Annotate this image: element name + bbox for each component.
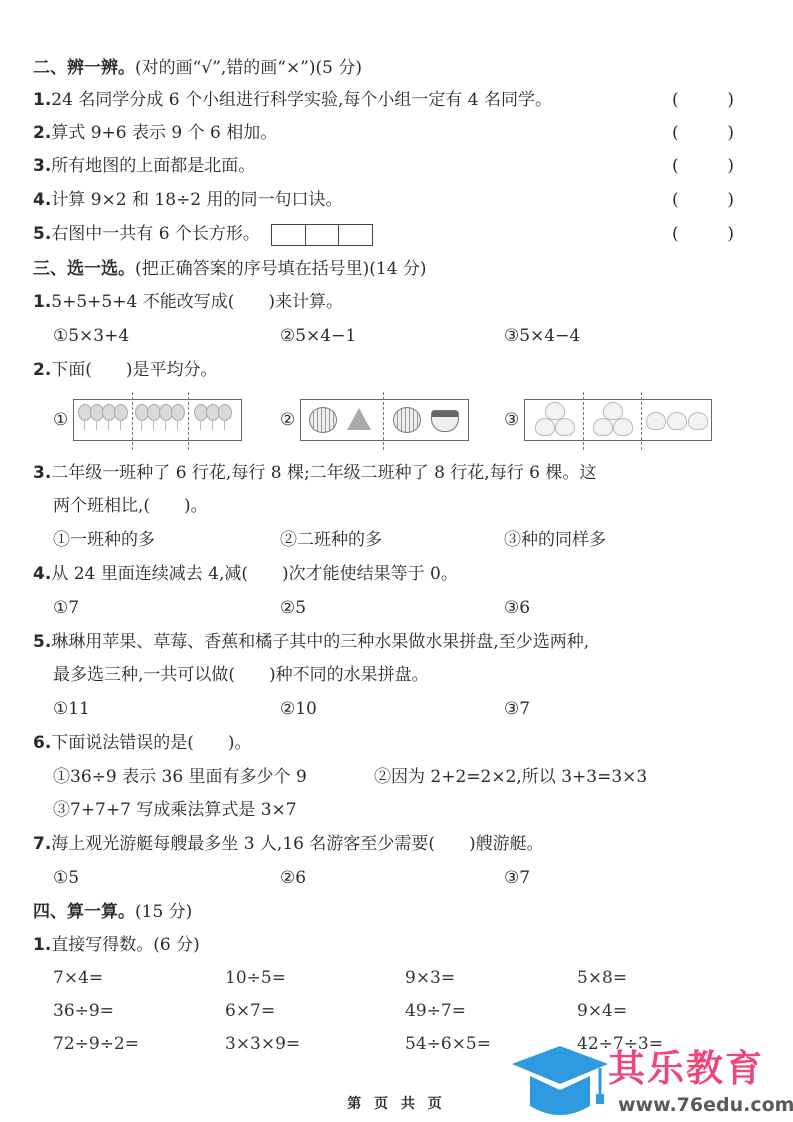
judge-item-2: 2.算式 9+6 表示 9 个 6 相加。 — [33, 122, 277, 144]
question-text-continued: 最多选三种,一共可以做( )种不同的水果拼盘。 — [53, 664, 429, 686]
balloon-icon — [218, 404, 232, 421]
item-text: 算式 9+6 表示 9 个 6 相加。 — [51, 123, 277, 143]
calc-item[interactable]: 3×3×9= — [225, 1033, 300, 1055]
watermelon-picture — [300, 399, 469, 441]
option-label[interactable]: ③ — [504, 409, 519, 431]
peach-icon — [555, 418, 575, 436]
question-text-continued: 两个班相比,( )。 — [53, 495, 208, 517]
option[interactable]: ③6 — [504, 597, 530, 619]
watermelon-icon — [393, 407, 421, 433]
watermelon-slice-icon — [347, 408, 371, 430]
choice-question-4: 4.从 24 里面连续减去 4,减( )次才能使结果等于 0。 — [33, 563, 458, 585]
peach-icon — [688, 412, 708, 430]
option[interactable]: ②5×4−1 — [280, 325, 356, 347]
calc-item[interactable]: 49÷7= — [405, 1000, 466, 1022]
bracket-open: ( — [672, 122, 679, 144]
graduation-cap-icon — [508, 1038, 613, 1122]
option-label[interactable]: ② — [280, 409, 295, 431]
answer-bracket-4[interactable]: () — [672, 189, 734, 211]
section-note: (把正确答案的序号填在括号里)(14 分) — [135, 259, 427, 279]
peach-icon — [646, 412, 666, 430]
divider — [188, 392, 189, 450]
watermark-url: www.76edu.com — [618, 1094, 793, 1116]
option[interactable]: ③5×4−4 — [504, 325, 580, 347]
option[interactable]: ③种的同样多 — [504, 529, 606, 551]
rectangle-figure — [271, 224, 373, 246]
answer-bracket-2[interactable]: () — [672, 122, 734, 144]
peach-icon — [667, 412, 687, 430]
question-number: 4. — [33, 564, 51, 584]
watermelon-icon — [309, 407, 337, 433]
option[interactable]: ③7 — [504, 698, 530, 720]
divider — [132, 392, 133, 450]
option[interactable]: ①11 — [53, 698, 90, 720]
question-text: 二年级一班种了 6 行花,每行 8 棵;二年级二班种了 8 行花,每行 6 棵。… — [51, 463, 596, 483]
question-number: 2. — [33, 360, 51, 380]
section-3-heading: 三、选一选。(把正确答案的序号填在括号里)(14 分) — [33, 258, 427, 280]
question-number: 5. — [33, 632, 51, 652]
section-title: 二、辨一辨。 — [33, 58, 135, 78]
calc-item[interactable]: 72÷9÷2= — [53, 1033, 139, 1055]
item-text: 24 名同学分成 6 个小组进行科学实验,每个小组一定有 4 名同学。 — [51, 90, 552, 110]
judge-item-5: 5.右图中一共有 6 个长方形。 — [33, 223, 373, 246]
divider — [383, 392, 384, 450]
question-text: 海上观光游艇每艘最多坐 3 人,16 名游客至少需要( )艘游艇。 — [51, 834, 543, 854]
question-number: 1. — [33, 292, 51, 312]
balloons-picture — [73, 399, 242, 441]
item-number: 1. — [33, 90, 51, 110]
question-text: 琳琳用苹果、草莓、香蕉和橘子其中的三种水果做水果拼盘,至少选两种, — [51, 632, 589, 652]
item-text: 所有地图的上面都是北面。 — [51, 156, 255, 176]
section-title: 三、选一选。 — [33, 259, 135, 279]
choice-question-3: 3.二年级一班种了 6 行花,每行 8 棵;二年级二班种了 8 行花,每行 6 … — [33, 462, 596, 484]
choice-question-2: 2.下面( )是平均分。 — [33, 359, 218, 381]
bracket-open: ( — [672, 189, 679, 211]
calc-item[interactable]: 54÷6×5= — [405, 1033, 491, 1055]
choice-question-7: 7.海上观光游艇每艘最多坐 3 人,16 名游客至少需要( )艘游艇。 — [33, 833, 544, 855]
question-text: 5+5+5+4 不能改写成( )来计算。 — [51, 292, 343, 312]
bracket-open: ( — [672, 89, 679, 111]
section-title: 四、算一算。 — [33, 902, 135, 922]
choice-question-5: 5.琳琳用苹果、草莓、香蕉和橘子其中的三种水果做水果拼盘,至少选两种, — [33, 631, 589, 653]
item-number: 5. — [33, 224, 51, 244]
calc-item[interactable]: 7×4= — [53, 967, 103, 989]
bracket-open: ( — [672, 155, 679, 177]
peaches-picture — [524, 399, 712, 441]
choice-question-6: 6.下面说法错误的是( )。 — [33, 732, 252, 754]
section-4-heading: 四、算一算。(15 分) — [33, 901, 192, 923]
option[interactable]: ①5×3+4 — [53, 325, 129, 347]
choice-question-1: 1.5+5+5+4 不能改写成( )来计算。 — [33, 291, 343, 313]
item-number: 4. — [33, 190, 51, 210]
watermark-brand: 其乐教育 — [608, 1038, 764, 1092]
calc-item[interactable]: 5×8= — [577, 967, 627, 989]
balloon-icon — [114, 404, 128, 421]
option[interactable]: ①7 — [53, 597, 79, 619]
option[interactable]: ①5 — [53, 867, 79, 889]
bracket-close: ) — [727, 155, 734, 177]
watermelon-bowl-icon — [431, 410, 459, 432]
divider — [583, 392, 584, 450]
question-number: 3. — [33, 463, 51, 483]
peach-icon — [535, 418, 555, 436]
answer-bracket-1[interactable]: () — [672, 89, 734, 111]
option[interactable]: ①一班种的多 — [53, 529, 155, 551]
option[interactable]: ③7 — [504, 867, 530, 889]
option[interactable]: ①36÷9 表示 36 里面有多少个 9 — [53, 766, 307, 788]
option[interactable]: ②因为 2+2=2×2,所以 3+3=3×3 — [374, 766, 647, 788]
item-number: 3. — [33, 156, 51, 176]
answer-bracket-3[interactable]: () — [672, 155, 734, 177]
option-label[interactable]: ① — [53, 409, 68, 431]
question-number: 7. — [33, 834, 51, 854]
question-text: 直接写得数。(6 分) — [51, 935, 199, 955]
question-text: 下面( )是平均分。 — [51, 360, 217, 380]
question-text: 下面说法错误的是( )。 — [51, 733, 251, 753]
bracket-close: ) — [727, 122, 734, 144]
section-2-heading: 二、辨一辨。(对的画“√”,错的画“×”)(5 分) — [33, 57, 362, 79]
calc-item[interactable]: 36÷9= — [53, 1000, 114, 1022]
option[interactable]: ②5 — [280, 597, 306, 619]
judge-item-1: 1.24 名同学分成 6 个小组进行科学实验,每个小组一定有 4 名同学。 — [33, 89, 552, 111]
option[interactable]: ②二班种的多 — [280, 529, 382, 551]
balloon-icon — [171, 404, 185, 421]
calc-item[interactable]: 9×4= — [577, 1000, 627, 1022]
item-text: 计算 9×2 和 18÷2 用的同一句口诀。 — [51, 190, 342, 210]
calc-item[interactable]: 6×7= — [225, 1000, 275, 1022]
bracket-close: ) — [727, 89, 734, 111]
option[interactable]: ③7+7+7 写成乘法算式是 3×7 — [53, 799, 297, 821]
judge-item-3: 3.所有地图的上面都是北面。 — [33, 155, 255, 177]
section-note: (对的画“√”,错的画“×”)(5 分) — [135, 58, 362, 78]
question-number: 1. — [33, 935, 51, 955]
item-text: 右图中一共有 6 个长方形。 — [51, 224, 260, 244]
watermark-logo: 其乐教育 www.76edu.com — [508, 1038, 793, 1122]
peach-icon — [613, 418, 633, 436]
bracket-close: ) — [727, 189, 734, 211]
question-text: 从 24 里面连续减去 4,减( )次才能使结果等于 0。 — [51, 564, 458, 584]
question-number: 6. — [33, 733, 51, 753]
option[interactable]: ②6 — [280, 867, 306, 889]
peach-icon — [593, 418, 613, 436]
bracket-close: ) — [727, 223, 734, 245]
calc-subquestion-1: 1.直接写得数。(6 分) — [33, 934, 200, 956]
option[interactable]: ②10 — [280, 698, 317, 720]
divider — [641, 392, 642, 450]
calc-item[interactable]: 9×3= — [405, 967, 455, 989]
answer-bracket-5[interactable]: () — [672, 223, 734, 245]
bracket-open: ( — [672, 223, 679, 245]
calc-item[interactable]: 10÷5= — [225, 967, 286, 989]
item-number: 2. — [33, 123, 51, 143]
judge-item-4: 4.计算 9×2 和 18÷2 用的同一句口诀。 — [33, 189, 342, 211]
section-note: (15 分) — [135, 902, 192, 922]
